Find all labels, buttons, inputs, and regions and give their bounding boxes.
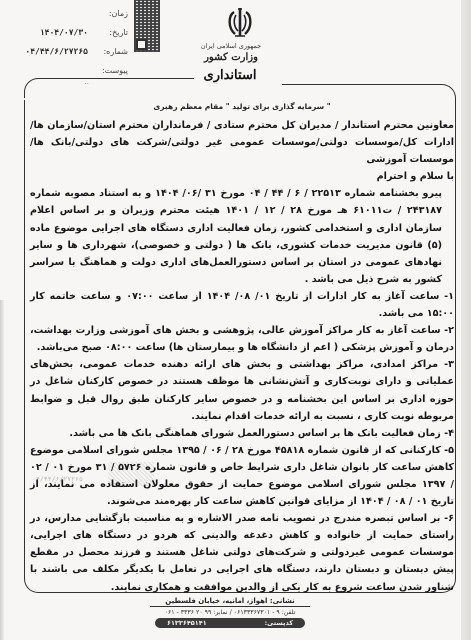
page-edge-left [0,300,4,640]
meta-time: زمان: [16,4,128,23]
postal-label: کدپستی: [265,618,293,628]
meta-date-label: تاریخ: [92,28,128,37]
item-1: ۱- ساعت آغاز به کار ادارات از تاریخ ۰۱/ … [30,288,454,322]
recipients: معاونین محترم استاندار / مدیران کل محترم… [30,117,454,168]
footer-postal: کدپستی: ۶۱۳۳۶۴۵۱۴۱ [155,618,305,628]
item-4: ۴- زمان فعالیت بانک ها بر اساس دستورالعم… [30,425,454,442]
postal-code: ۶۱۳۳۶۴۵۱۴۱ [167,618,207,628]
org-ministry: وزارت کشور [196,52,266,63]
meta-date: تاریخ: ۱۴۰۴/۰۷/۳۰ [16,23,128,42]
intro-paragraph: پیرو بخشنامه شماره ۲۲۵۱۳ / ۶ / ۴۴ / ۰۴ م… [30,185,454,288]
meta-date-value: ۱۴۰۴/۰۷/۳۰ [40,28,88,37]
item-5: ۵- کارکنانی که از قانون شماره ۴۵۸۱۸ مورخ… [30,442,454,510]
footer-phone: تلفن: ۹ - ۰۶۱۳۳۳۶۷۳۰۱ / نمابر: ۹۹ ۲۰ ۳۳۳… [150,609,310,616]
letter-footer: نشانی: اهواز، امانیه، خیابان فلسطین تلفن… [150,597,310,628]
footer-address: نشانی: اهواز، امانیه، خیابان فلسطین [150,597,310,607]
qr-code-icon [134,0,160,52]
page-edge-right [461,0,471,640]
item-3: ۳- مراکز امدادی، مراکز بهداشتی و بخش های… [30,356,454,424]
meta-time-label: زمان: [92,9,128,18]
meta-number-label: شماره: [92,47,128,56]
iran-emblem-icon [224,6,256,40]
frame-top-left [24,78,194,98]
greeting: با سلام و احترام [30,168,454,185]
meta-attachment-label: پیوست: [92,66,128,75]
item-6: ۶- بر اساس تبصره مندرج در تصویب نامه صدر… [30,510,454,595]
item-2: ۲- ساعت آغاز به کار مراکز آموزش عالی، پژ… [30,322,454,356]
letter-page: زمان: تاریخ: ۱۴۰۴/۰۷/۳۰ شماره: ۰۴/۴۴/۶/۲… [0,0,471,640]
org-republic: جمهوری اسلامی ایران [196,42,266,50]
slogan: " سرمایه گذاری برای تولید " مقام معظم ره… [30,102,454,111]
meta-number-value: ۰۴/۴۴/۶/۲۷۲۶۵ [25,47,88,56]
letter-body: " سرمایه گذاری برای تولید " مقام معظم ره… [30,98,454,596]
meta-number: شماره: ۰۴/۴۴/۶/۲۷۲۶۵ [16,42,128,61]
